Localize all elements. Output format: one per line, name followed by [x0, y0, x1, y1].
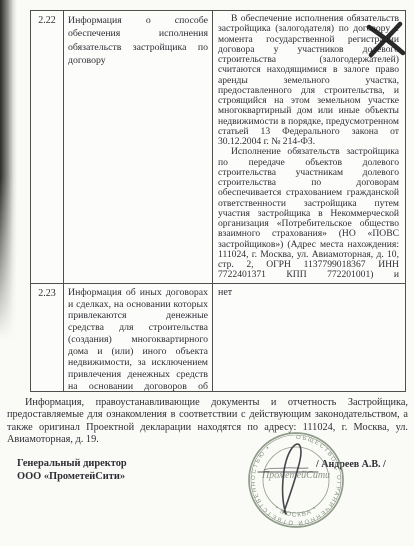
row-2-23-value: нет [213, 284, 405, 391]
row-2-23-number: 2.23 [31, 284, 64, 391]
declaration-table: 2.22 Информация о способе обеспечения ис… [30, 10, 406, 392]
scan-edge-shadow [0, 0, 17, 340]
row-2-22-label: Информация о способе обеспечения исполне… [64, 11, 213, 284]
handwritten-x-mark-icon [364, 20, 408, 60]
scanned-document-page: { "page": { "background": "#fafaf7", "in… [0, 0, 414, 546]
seal-texts: ОБЩЕСТВО С ОГРАНИЧЕННОЙ ОТВЕТСТВЕННОСТЬЮ… [251, 435, 341, 527]
row-2-23-label: Информация об иных договорах и сделках, … [64, 284, 213, 391]
row-2-22-number: 2.22 [31, 11, 64, 284]
row-2-22-paragraph-2: Исполнение обязательств застройщика по п… [218, 147, 399, 284]
signatory-title: Генеральный директор ООО «ПрометейСити» [17, 458, 127, 483]
company-seal-stamp: ОБЩЕСТВО С ОГРАНИЧЕННОЙ ОТВЕТСТВЕННОСТЬЮ… [234, 418, 358, 542]
